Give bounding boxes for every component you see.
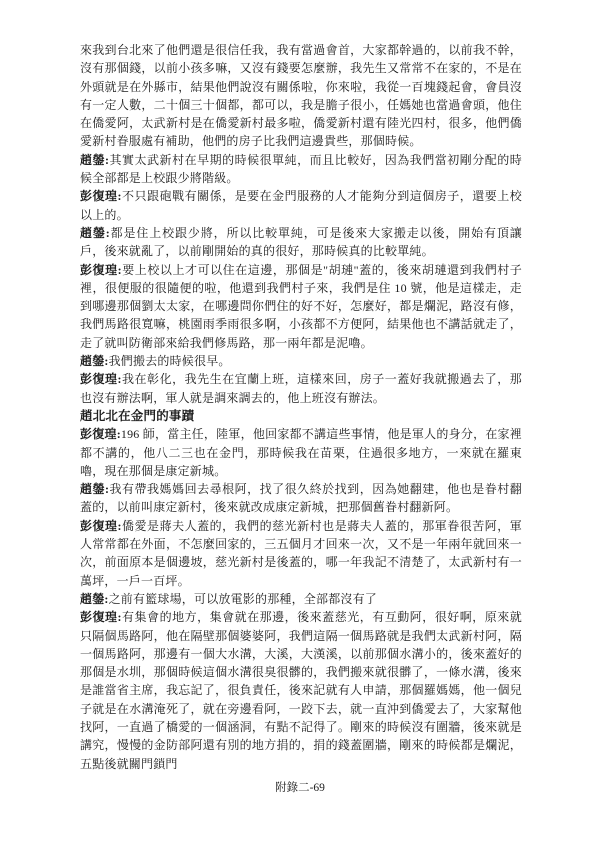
dialogue-paragraph: 彭復瑝:有集會的地方，集會就在那邊，後來蓋慈光，有互動阿，很好啊，原來就只隔個馬… bbox=[80, 608, 522, 773]
dialogue-text: 都是住上校跟少將，所以比較單純，可是後來大家搬走以後，開始有頂讓戶，後來就亂了，… bbox=[80, 226, 522, 258]
dialogue-text: 來我到台北來了他們還是很信任我，我有當過會首，大家都幹過的，以前我不幹，沒有那個… bbox=[80, 43, 522, 148]
dialogue-text: 不只跟砲戰有關係，是要在金門服務的人才能夠分到這個房子，還要上校以上的。 bbox=[80, 189, 522, 221]
dialogue-text: 196 師，當主任，陸軍，他回家都不講這些事情，他是軍人的身分，在家裡都不講的，… bbox=[80, 427, 522, 478]
dialogue-text: 其實太武新村在早期的時候很單純，而且比較好，因為我們當初剛分配的時候全部都是上校… bbox=[80, 153, 522, 185]
dialogue-paragraph: 趙鎣:我們搬去的時候很早。 bbox=[80, 352, 522, 370]
dialogue-text: 我們搬去的時候很早。 bbox=[109, 354, 231, 368]
dialogue-paragraph: 趙鎣:我有帶我媽媽回去尋根阿，找了很久終於找到，因為她翻建，他也是眷村翻蓋的，以… bbox=[80, 480, 522, 517]
speaker-name: 趙鎣: bbox=[80, 226, 110, 240]
page-number: 附錄二-69 bbox=[0, 779, 600, 795]
dialogue-text: 之前有籃球場，可以放電影的那種，全部都沒有了 bbox=[109, 592, 377, 606]
dialogue-text: 我有帶我媽媽回去尋根阿，找了很久終於找到，因為她翻建，他也是眷村翻蓋的，以前叫康… bbox=[80, 482, 522, 514]
speaker-name: 趙鎣: bbox=[80, 592, 109, 606]
speaker-name: 彭復瑝: bbox=[80, 263, 122, 277]
continuation-paragraph: 來我到台北來了他們還是很信任我，我有當過會首，大家都幹過的，以前我不幹，沒有那個… bbox=[80, 41, 522, 151]
speaker-name: 趙鎣: bbox=[80, 482, 109, 496]
dialogue-text: 要上校以上才可以住在這邊，那個是"胡璉"蓋的，後來胡璉還到我們村子裡，很便服的很… bbox=[80, 263, 522, 350]
document-page: 來我到台北來了他們還是很信任我，我有當過會首，大家都幹過的，以前我不幹，沒有那個… bbox=[0, 0, 600, 848]
speaker-name: 彭復瑝: bbox=[80, 189, 122, 203]
dialogue-paragraph: 彭復瑝:不只跟砲戰有關係，是要在金門服務的人才能夠分到這個房子，還要上校以上的。 bbox=[80, 187, 522, 224]
dialogue-text: 我在彰化，我先生在宜蘭上班，這樣來回，房子一蓋好我就搬過去了，那也沒有辦法啊，軍… bbox=[80, 372, 522, 404]
section-heading: 趙北北在金門的事蹟 bbox=[80, 407, 522, 425]
dialogue-paragraph: 趙鎣:其實太武新村在早期的時候很單純，而且比較好，因為我們當初剛分配的時候全部都… bbox=[80, 151, 522, 188]
dialogue-paragraph: 彭復瑝:要上校以上才可以住在這邊，那個是"胡璉"蓋的，後來胡璉還到我們村子裡，很… bbox=[80, 261, 522, 352]
dialogue-text: 有集會的地方，集會就在那邊，後來蓋慈光，有互動阿，很好啊，原來就只隔個馬路阿，他… bbox=[80, 610, 522, 770]
speaker-name: 彭復瑝: bbox=[80, 427, 121, 441]
dialogue-paragraph: 彭復瑝:僑愛是蔣夫人蓋的，我們的慈光新村也是蔣夫人蓋的，那軍眷很苦阿，軍人常常都… bbox=[80, 517, 522, 590]
transcript-body: 來我到台北來了他們還是很信任我，我有當過會首，大家都幹過的，以前我不幹，沒有那個… bbox=[80, 41, 522, 773]
speaker-name: 趙鎣: bbox=[80, 153, 109, 167]
dialogue-paragraph: 趙鎣:之前有籃球場，可以放電影的那種，全部都沒有了 bbox=[80, 590, 522, 608]
dialogue-text: 僑愛是蔣夫人蓋的，我們的慈光新村也是蔣夫人蓋的，那軍眷很苦阿，軍人常常都在外面，… bbox=[80, 519, 522, 588]
speaker-name: 彭復瑝: bbox=[80, 610, 122, 624]
dialogue-paragraph: 彭復瑝:196 師，當主任，陸軍，他回家都不講這些事情，他是軍人的身分，在家裡都… bbox=[80, 425, 522, 480]
speaker-name: 彭復瑝: bbox=[80, 372, 122, 386]
speaker-name: 趙鎣: bbox=[80, 354, 109, 368]
dialogue-paragraph: 趙鎣:都是住上校跟少將，所以比較單純，可是後來大家搬走以後，開始有頂讓戶，後來就… bbox=[80, 224, 522, 261]
speaker-name: 彭復瑝: bbox=[80, 519, 122, 533]
dialogue-paragraph: 彭復瑝:我在彰化，我先生在宜蘭上班，這樣來回，房子一蓋好我就搬過去了，那也沒有辦… bbox=[80, 370, 522, 407]
